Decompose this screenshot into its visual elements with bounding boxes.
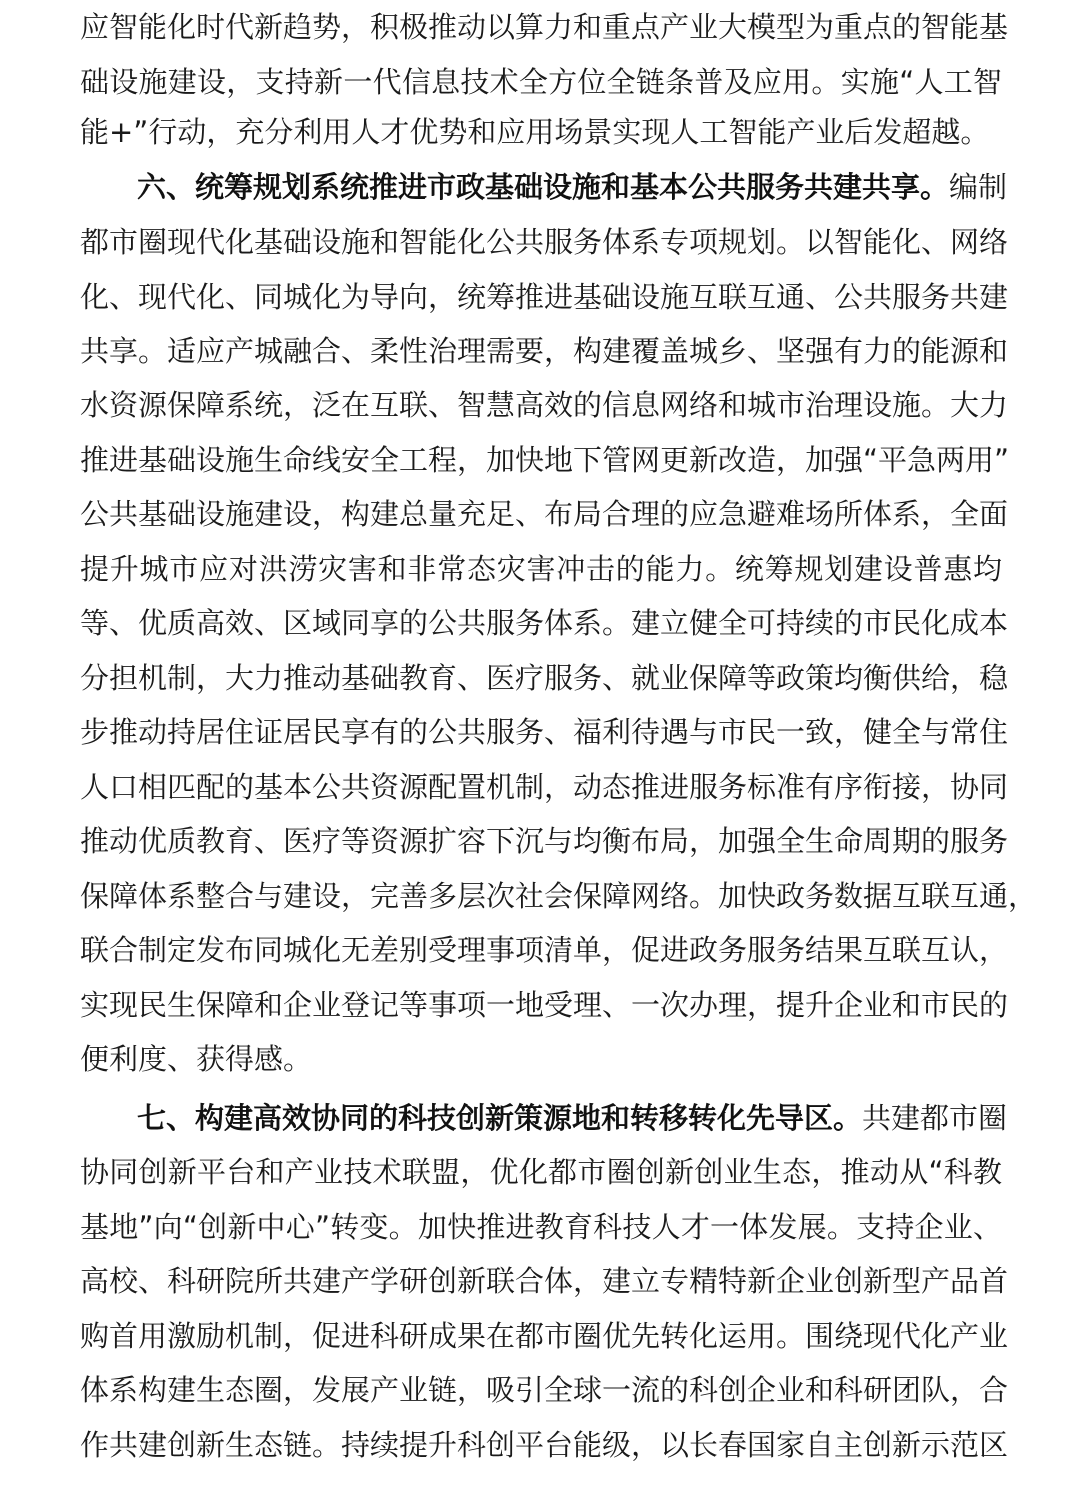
section-heading-6: 六、统筹规划系统推进市政基础设施和基本公共服务共建共享。 — [137, 170, 949, 204]
text-line: 基地”向“创新中心”转变。加快推进教育科技人才一体发展。支持企业、 — [80, 1207, 1002, 1247]
text-line: 础设施建设，支持新一代信息技术全方位全链条普及应用。实施“人工智 — [80, 62, 1002, 102]
text-line: 应智能化时代新趋势，积极推动以算力和重点产业大模型为重点的智能基 — [80, 7, 1002, 47]
text-line: 高校、科研院所共建产学研创新联合体，建立专精特新企业创新型产品首 — [80, 1261, 1002, 1301]
text-line: 便利度、获得感。 — [80, 1039, 1002, 1079]
text-line: 作共建创新生态链。持续提升科创平台能级，以长春国家自主创新示范区 — [80, 1425, 1002, 1465]
text-line: 实现民生保障和企业登记等事项一地受理、一次办理，提升企业和市民的 — [80, 985, 1002, 1025]
text-line: 都市圈现代化基础设施和智能化公共服务体系专项规划。以智能化、网络 — [80, 222, 1002, 262]
text-line: 化、现代化、同城化为导向，统筹推进基础设施互联互通、公共服务共建 — [80, 277, 1002, 317]
text-line: 公共基础设施建设，构建总量充足、布局合理的应急避难场所体系，全面 — [80, 494, 1002, 534]
text-line: 水资源保障系统，泛在互联、智慧高效的信息网络和城市治理设施。大力 — [80, 385, 1002, 425]
text-run: 共建都市圈 — [862, 1101, 1007, 1135]
text-line: 步推动持居住证居民享有的公共服务、福利待遇与市民一致，健全与常住 — [80, 712, 1002, 752]
text-line: 共享。适应产城融合、柔性治理需要，构建覆盖城乡、坚强有力的能源和 — [80, 331, 1002, 371]
text-line: 保障体系整合与建设，完善多层次社会保障网络。加快政务数据互联互通， — [80, 876, 1002, 916]
document-page: 应智能化时代新趋势，积极推动以算力和重点产业大模型为重点的智能基 础设施建设，支… — [0, 0, 1080, 1508]
section-heading-line: 六、统筹规划系统推进市政基础设施和基本公共服务共建共享。编制 — [137, 167, 1002, 207]
text-line: 推进基础设施生命线安全工程，加快地下管网更新改造，加强“平急两用” — [80, 440, 1002, 480]
text-line: 体系构建生态圈，发展产业链，吸引全球一流的科创企业和科研团队，合 — [80, 1370, 1002, 1410]
text-line: 提升城市应对洪涝灾害和非常态灾害冲击的能力。统筹规划建设普惠均 — [80, 549, 1002, 589]
text-line: 推动优质教育、医疗等资源扩容下沉与均衡布局，加强全生命周期的服务 — [80, 821, 1002, 861]
text-line: 能+”行动，充分利用人才优势和应用场景实现人工智能产业后发超越。 — [80, 112, 1002, 152]
text-line: 人口相匹配的基本公共资源配置机制，动态推进服务标准有序衔接，协同 — [80, 767, 1002, 807]
section-heading-line: 七、构建高效协同的科技创新策源地和转移转化先导区。共建都市圈 — [137, 1098, 1002, 1138]
section-heading-7: 七、构建高效协同的科技创新策源地和转移转化先导区。 — [137, 1101, 862, 1135]
text-line: 分担机制，大力推动基础教育、医疗服务、就业保障等政策均衡供给，稳 — [80, 658, 1002, 698]
text-line: 等、优质高效、区域同享的公共服务体系。建立健全可持续的市民化成本 — [80, 603, 1002, 643]
text-line: 联合制定发布同城化无差别受理事项清单，促进政务服务结果互联互认， — [80, 930, 1002, 970]
text-line: 购首用激励机制，促进科研成果在都市圈优先转化运用。围绕现代化产业 — [80, 1316, 1002, 1356]
text-line: 协同创新平台和产业技术联盟，优化都市圈创新创业生态，推动从“科教 — [80, 1152, 1002, 1192]
text-run: 编制 — [949, 170, 1007, 204]
